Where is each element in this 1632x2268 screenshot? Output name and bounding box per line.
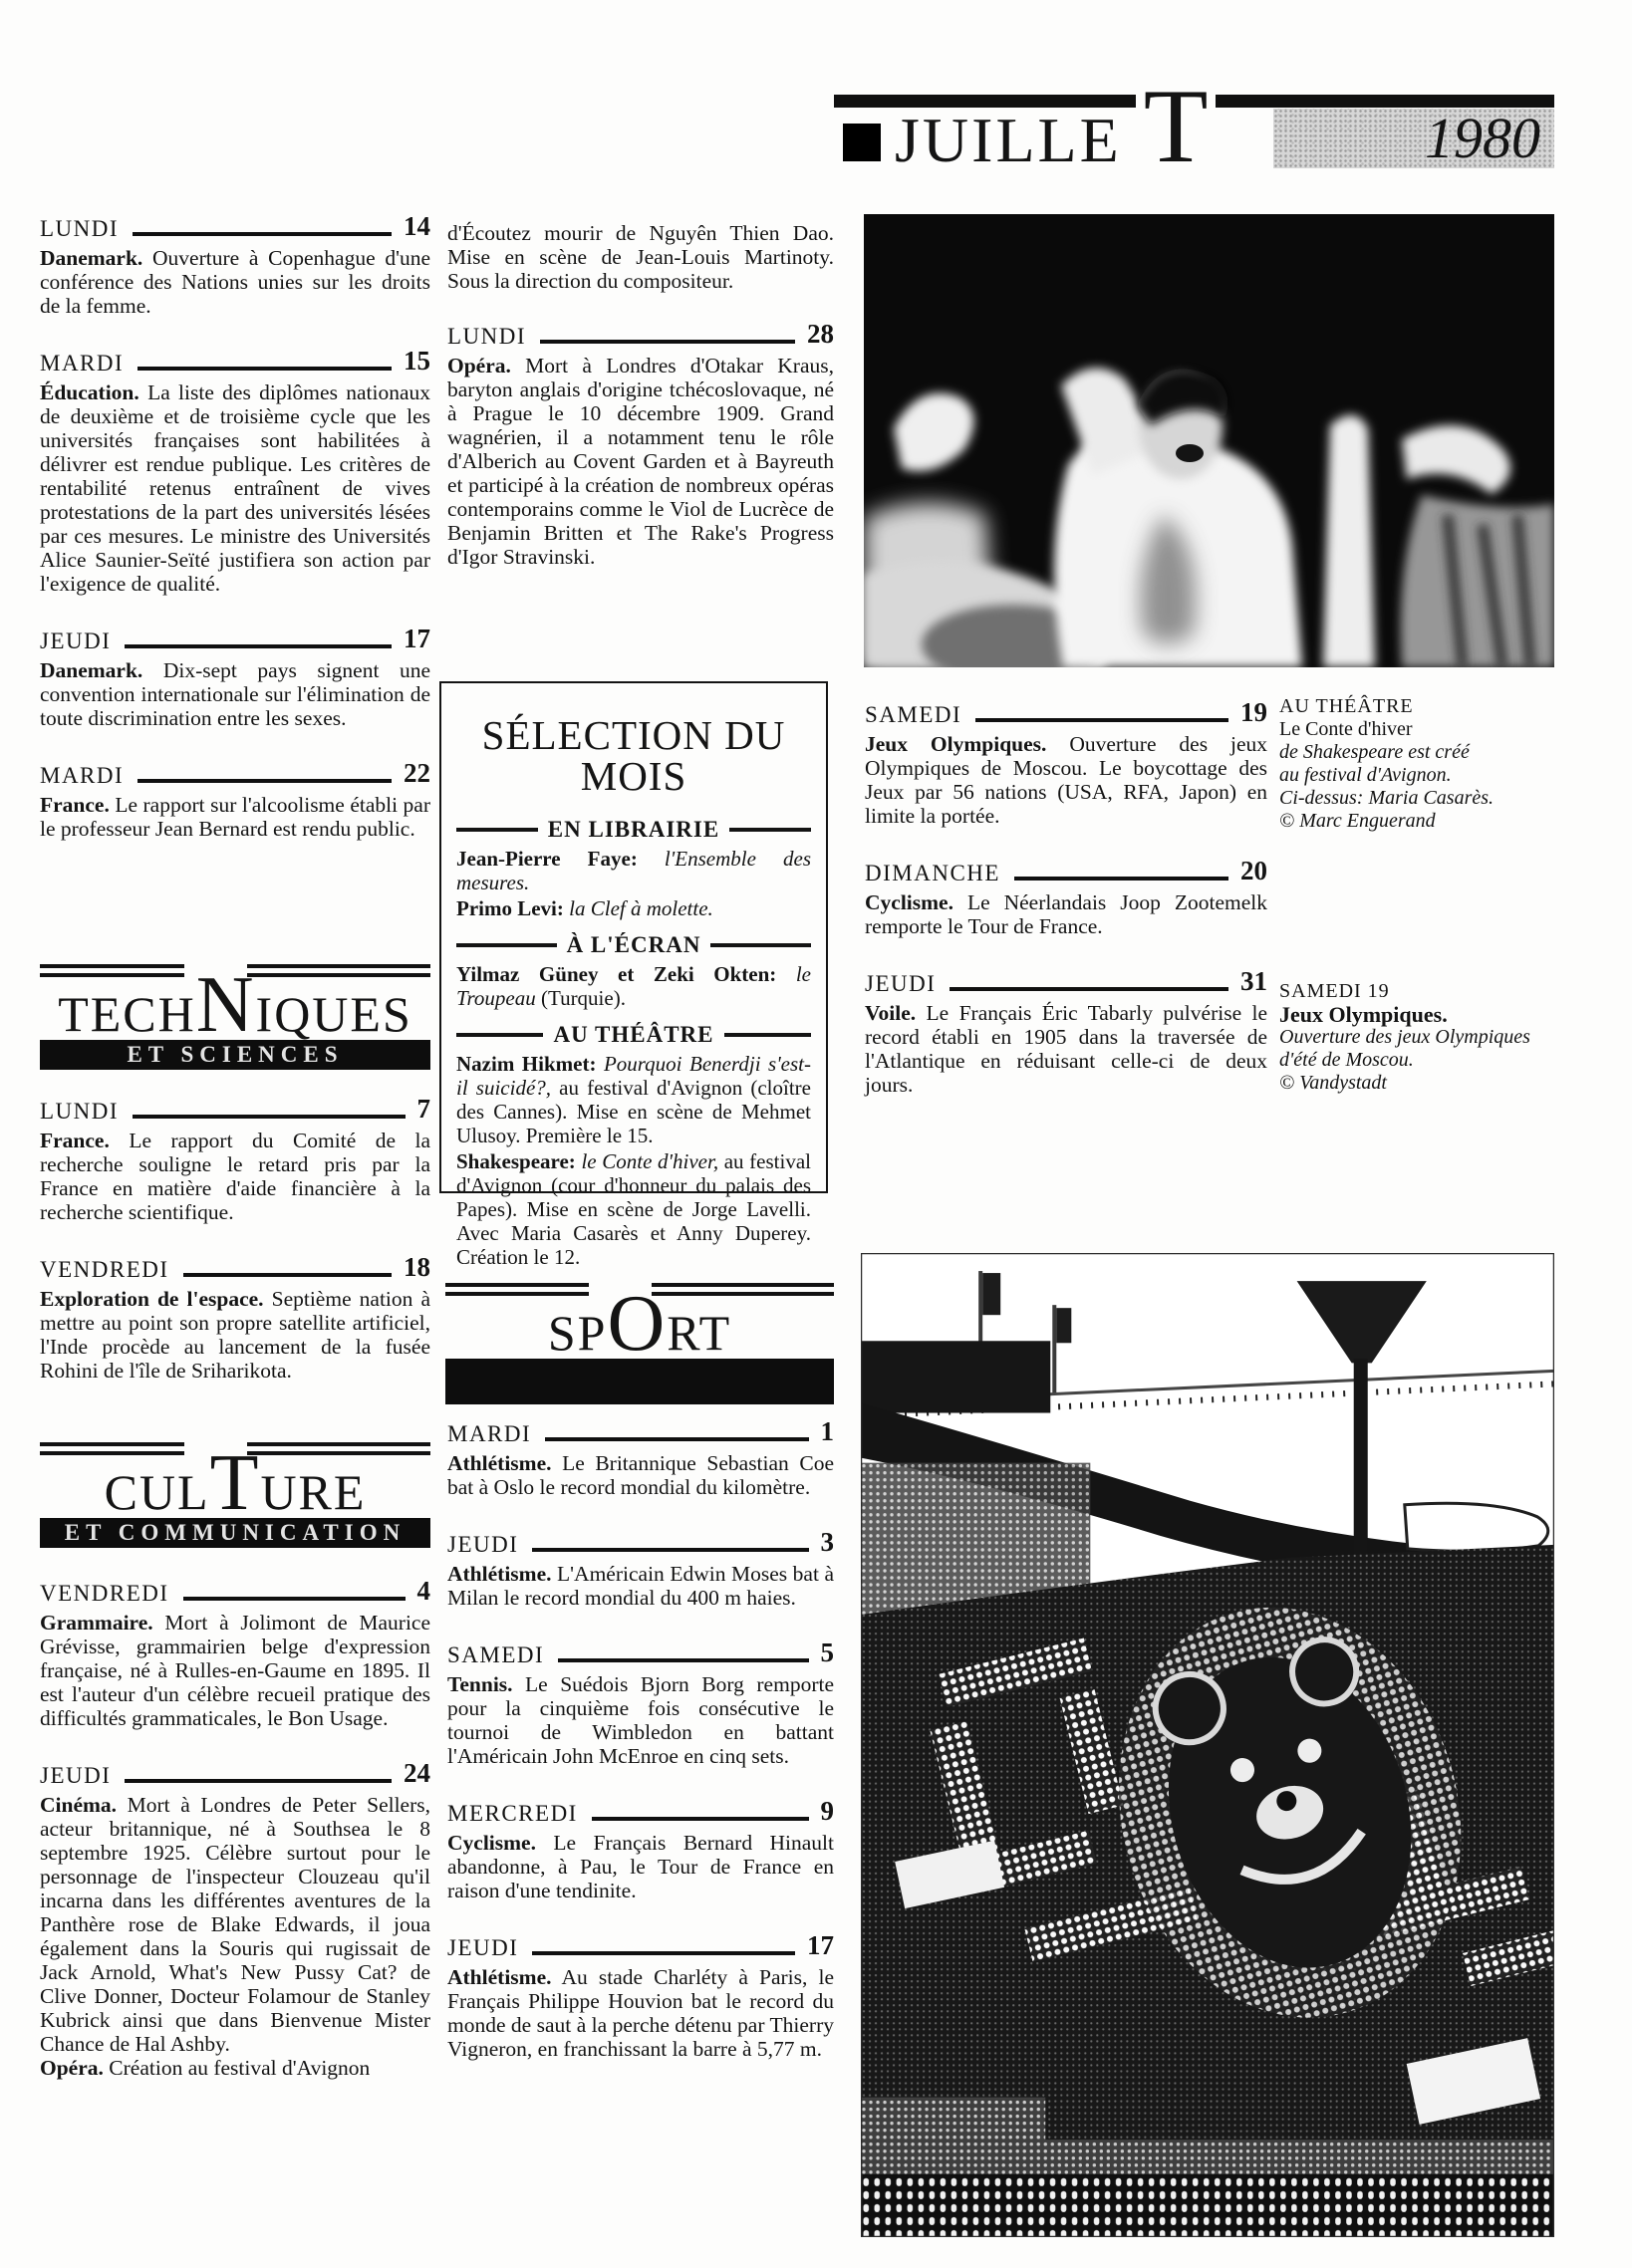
entry-body: Mort à Londres d'Otakar Kraus, baryton a… <box>447 354 834 569</box>
entry-lead: Athlétisme. <box>447 1562 552 1586</box>
day-number: 19 <box>1240 699 1267 726</box>
day-label: JEUDI <box>447 1936 518 1959</box>
selection-item: Shakespeare: le Conte d'hiver, au festiv… <box>456 1149 811 1269</box>
olympics-stadium-photo <box>861 1253 1554 2237</box>
entry-rule <box>137 779 392 784</box>
entry-lead: Athlétisme. <box>447 1965 552 1989</box>
day-entry: LUNDI28 Opéra. Mort à Londres d'Otakar K… <box>447 321 834 569</box>
entry-rule <box>545 1437 808 1442</box>
day-entry: LUNDI7 France. Le rapport du Comité de l… <box>40 1096 430 1224</box>
heading-label: EN LIBRAIRIE <box>538 817 729 843</box>
work-title: le Conte d'hiver, <box>581 1149 718 1173</box>
day-label: MARDI <box>40 764 124 787</box>
caption-text: d'été de Moscou. <box>1279 1049 1564 1072</box>
day-label: MERCREDI <box>447 1802 578 1825</box>
entry-lead: Exploration de l'espace. <box>40 1287 264 1311</box>
caption-heading: AU THÉÂTRE <box>1279 695 1564 718</box>
caption-text: de Shakespeare est créé <box>1279 741 1564 764</box>
day-entry: VENDREDI4 Grammaire. Mort à Jolimont de … <box>40 1578 430 1730</box>
entry-rule <box>1014 877 1228 882</box>
day-entry: JEUDI24 Cinéma. Mort à Londres de Peter … <box>40 1760 430 2080</box>
theatre-photo-caption: AU THÉÂTRE Le Conte d'hiver de Shakespea… <box>1279 695 1564 833</box>
day-number: 3 <box>821 1529 835 1556</box>
caption-work-title: Jeux Olympiques. <box>1279 1003 1564 1026</box>
section-title-big-letter: N <box>196 961 256 1049</box>
section-title-text: TECH <box>58 986 196 1042</box>
entry-rule <box>558 1658 808 1663</box>
day-label: MARDI <box>40 352 124 375</box>
square-bullet-icon <box>843 124 881 161</box>
caption-text: Ouverture des jeux Olympiques <box>1279 1026 1564 1049</box>
day-entry: SAMEDI19 Jeux Olympiques. Ouverture des … <box>865 699 1267 828</box>
day-label: SAMEDI <box>865 703 961 726</box>
entry-rule <box>532 1951 795 1956</box>
heading-rule <box>724 1033 811 1037</box>
day-number: 22 <box>404 760 430 787</box>
photo-credit: © Vandystadt <box>1279 1072 1564 1095</box>
day-number: 7 <box>417 1096 431 1123</box>
day-label: JEUDI <box>865 972 936 995</box>
entry-lead: France. <box>40 1129 110 1152</box>
day-number: 17 <box>404 626 430 652</box>
page-title: JUILLE T <box>843 74 1216 179</box>
entry-lead: Cinéma. <box>40 1793 117 1817</box>
entry-lead: Athlétisme. <box>447 1451 552 1475</box>
day-label: VENDREDI <box>40 1582 169 1605</box>
selection-group-heading: EN LIBRAIRIE <box>456 817 811 843</box>
day-number: 17 <box>807 1932 834 1959</box>
author-name: Jean-Pierre Faye: <box>456 847 638 871</box>
section-title-big-letter: O <box>607 1280 667 1368</box>
day-number: 20 <box>1240 858 1267 884</box>
entry-rule <box>532 1548 808 1553</box>
day-entry: VENDREDI18 Exploration de l'espace. Sept… <box>40 1254 430 1383</box>
day-label: VENDREDI <box>40 1258 169 1281</box>
day-entry: LUNDI14 Danemark. Ouverture à Copenhague… <box>40 213 430 318</box>
entry-lead: Danemark. <box>40 246 142 270</box>
section-title: TECHNIQUES <box>40 964 430 1046</box>
heading-rule <box>456 943 557 947</box>
column3-entries: SAMEDI19 Jeux Olympiques. Ouverture des … <box>865 699 1267 1127</box>
day-number: 9 <box>821 1798 835 1825</box>
selection-du-mois-box: SÉLECTION DU MOIS EN LIBRAIRIE Jean-Pier… <box>439 681 828 1193</box>
section-header-culture: CULTURE ET COMMUNICATION <box>40 1442 430 1548</box>
day-label: LUNDI <box>40 1100 119 1123</box>
theatre-photo <box>864 214 1554 667</box>
day-entry: JEUDI17 Athlétisme. Au stade Charléty à … <box>447 1932 834 2061</box>
year-label: 1980 <box>1425 109 1554 168</box>
entry-rule <box>133 232 392 237</box>
day-label: JEUDI <box>447 1533 518 1556</box>
caption-text: Ci-dessus: Maria Casarès. <box>1279 787 1564 810</box>
day-number: 5 <box>821 1639 835 1666</box>
selection-item: Primo Levi: la Clef à molette. <box>456 896 811 920</box>
entry-body: Le Français Éric Tabarly pulvérise le re… <box>865 1001 1267 1097</box>
column1-techniques-entries: LUNDI7 France. Le rapport du Comité de l… <box>40 1096 430 1412</box>
entry-lead: Grammaire. <box>40 1611 153 1635</box>
section-title-text: RT <box>667 1305 731 1361</box>
day-entry: SAMEDI5 Tennis. Le Suédois Bjorn Borg re… <box>447 1639 834 1768</box>
day-label: DIMANCHE <box>865 862 1000 884</box>
photo-credit: © Marc Enguerand <box>1279 810 1564 833</box>
section-title-text: IQUES <box>256 986 412 1042</box>
column2-top-entries: d'Écoutez mourir de Nguyên Thien Dao. Mi… <box>447 221 834 599</box>
entry-lead: Voile. <box>865 1001 916 1025</box>
entry-rule <box>125 644 392 649</box>
month-title-big-letter: T <box>1136 74 1217 179</box>
section-title-text: CUL <box>105 1464 210 1520</box>
selection-item: Nazim Hikmet: Pourquoi Benerdji s'est-il… <box>456 1052 811 1147</box>
heading-rule <box>456 828 538 832</box>
entry-lead: Danemark. <box>40 658 142 682</box>
entry-lead: Opéra. <box>40 2056 104 2080</box>
day-label: JEUDI <box>40 630 111 652</box>
entry-body: Création au festival d'Avignon <box>109 2056 370 2080</box>
caption-heading: SAMEDI 19 <box>1279 980 1564 1003</box>
entry-body: Mort à Londres de Peter Sellers, acteur … <box>40 1793 430 2056</box>
entry-rule <box>137 367 392 372</box>
day-number: 4 <box>417 1578 431 1605</box>
work-title: la Clef à molette. <box>569 896 713 920</box>
section-title-big-letter: T <box>210 1439 261 1527</box>
selection-group-heading: À L'ÉCRAN <box>456 932 811 958</box>
month-title: JUILLE <box>895 109 1122 172</box>
selection-item: Jean-Pierre Faye: l'Ensemble des mesures… <box>456 847 811 894</box>
day-number: 31 <box>1240 968 1267 995</box>
author-name: Primo Levi: <box>456 896 564 920</box>
column2-sport-entries: MARDI1 Athlétisme. Le Britannique Sebast… <box>447 1418 834 2091</box>
section-header-techniques: TECHNIQUES ET SCIENCES <box>40 964 430 1070</box>
heading-rule <box>729 828 811 832</box>
section-header-sport: SPORT <box>445 1283 834 1404</box>
day-entry: MARDI15 Éducation. La liste des diplômes… <box>40 348 430 596</box>
day-entry: JEUDI31 Voile. Le Français Éric Tabarly … <box>865 968 1267 1097</box>
section-title: SPORT <box>445 1283 834 1365</box>
selection-group-heading: AU THÉÂTRE <box>456 1022 811 1048</box>
selection-title: SÉLECTION DU MOIS <box>456 715 811 797</box>
entry-rule <box>975 718 1228 723</box>
entry-body: La liste des diplômes nationaux de deuxi… <box>40 380 430 596</box>
day-entry: MARDI1 Athlétisme. Le Britannique Sebast… <box>447 1418 834 1499</box>
day-number: 1 <box>821 1418 835 1445</box>
day-entry: MARDI22 France. Le rapport sur l'alcooli… <box>40 760 430 841</box>
entry-rule <box>133 1115 405 1120</box>
day-label: JEUDI <box>40 1764 111 1787</box>
day-label: MARDI <box>447 1422 531 1445</box>
heading-rule <box>710 943 811 947</box>
continued-paragraph: d'Écoutez mourir de Nguyên Thien Dao. Mi… <box>447 221 834 293</box>
olympics-photo-caption: SAMEDI 19 Jeux Olympiques. Ouverture des… <box>1279 980 1564 1095</box>
column1-top-entries: LUNDI14 Danemark. Ouverture à Copenhague… <box>40 213 430 871</box>
heading-label: À L'ÉCRAN <box>557 932 711 958</box>
section-title: CULTURE <box>40 1442 430 1524</box>
author-name: Yilmaz Güney et Zeki Okten: <box>456 962 776 986</box>
section-title-text: SP <box>548 1305 608 1361</box>
section-title-text: URE <box>260 1464 366 1520</box>
day-label: LUNDI <box>40 217 119 240</box>
day-label: SAMEDI <box>447 1643 544 1666</box>
day-number: 28 <box>807 321 834 348</box>
heading-label: AU THÉÂTRE <box>543 1022 723 1048</box>
column1-culture-entries: VENDREDI4 Grammaire. Mort à Jolimont de … <box>40 1578 430 2080</box>
selection-item: Yilmaz Güney et Zeki Okten: le Troupeau … <box>456 962 811 1010</box>
author-name: Nazim Hikmet: <box>456 1052 596 1076</box>
entry-rule <box>950 987 1228 992</box>
entry-lead: Tennis. <box>447 1672 513 1696</box>
day-entry: MERCREDI9 Cyclisme. Le Français Bernard … <box>447 1798 834 1902</box>
caption-text: au festival d'Avignon. <box>1279 764 1564 787</box>
entry-lead: Jeux Olympiques. <box>865 732 1046 756</box>
day-number: 24 <box>404 1760 430 1787</box>
entry-rule <box>125 1779 392 1784</box>
heading-rule <box>456 1033 543 1037</box>
entry-rule <box>592 1817 809 1822</box>
day-label: LUNDI <box>447 325 526 348</box>
author-name: Shakespeare: <box>456 1149 576 1173</box>
day-number: 15 <box>404 348 430 375</box>
day-entry: JEUDI3 Athlétisme. L'Américain Edwin Mos… <box>447 1529 834 1610</box>
day-entry: DIMANCHE20 Cyclisme. Le Néerlandais Joop… <box>865 858 1267 938</box>
day-number: 18 <box>404 1254 430 1281</box>
caption-work-title: Le Conte d'hiver <box>1279 718 1564 741</box>
year-badge: 1980 <box>1273 109 1554 168</box>
entry-rule <box>183 1597 406 1602</box>
entry-rule <box>183 1273 392 1278</box>
entry-lead: France. <box>40 793 110 817</box>
almanac-page: JUILLE T 1980 LUNDI14 Danemark. Ouvertur… <box>0 0 1632 2268</box>
entry-lead: Cyclisme. <box>447 1831 536 1855</box>
day-entry: JEUDI17 Danemark. Dix-sept pays signent … <box>40 626 430 730</box>
entry-lead: Cyclisme. <box>865 890 953 914</box>
item-details: (Turquie). <box>536 986 626 1010</box>
day-number: 14 <box>404 213 430 240</box>
entry-rule <box>540 340 795 345</box>
entry-lead: Éducation. <box>40 380 139 404</box>
entry-lead: Opéra. <box>447 354 511 378</box>
